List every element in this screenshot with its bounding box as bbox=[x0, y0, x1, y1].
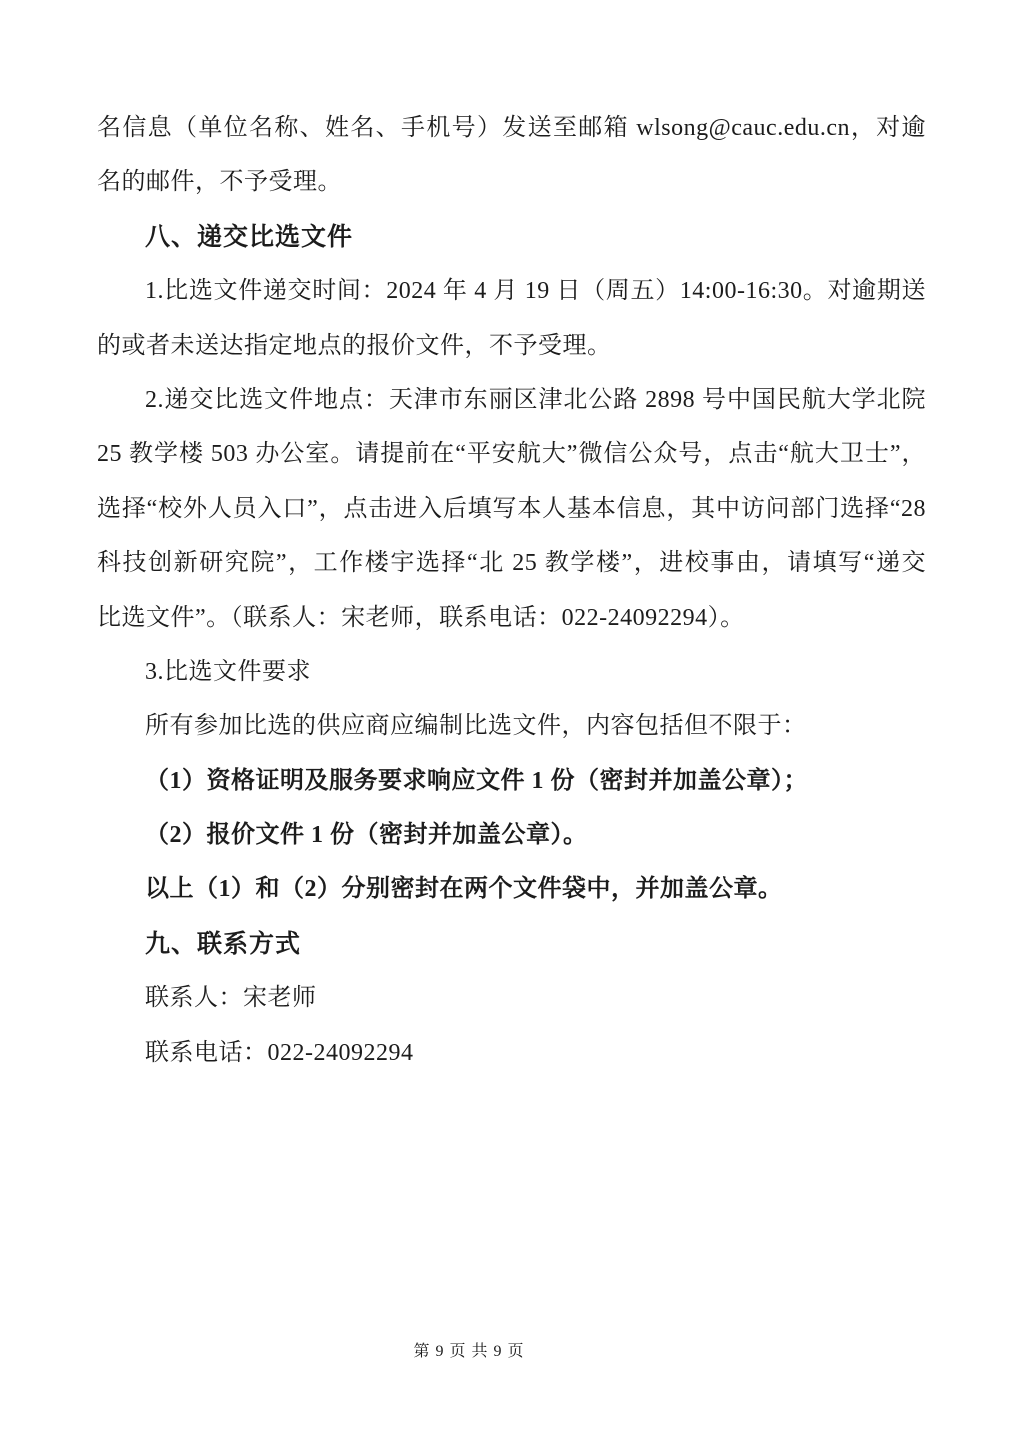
text-line: 2.递交比选文件地点：天津市东丽区津北公路 2898 号中国民航大学北院北 bbox=[97, 373, 926, 427]
text-line: 3.比选文件要求 bbox=[97, 645, 926, 699]
text-line: 的或者未送达指定地点的报价文件，不予受理。 bbox=[97, 319, 926, 373]
text-line: 联系电话：022-24092294 bbox=[97, 1026, 926, 1080]
document-page: 名信息（单位名称、姓名、手机号）发送至邮箱 wlsong@cauc.edu.cn… bbox=[0, 0, 1024, 1448]
text-line: 所有参加比选的供应商应编制比选文件，内容包括但不限于： bbox=[97, 699, 926, 753]
section-heading: 九、联系方式 bbox=[97, 917, 926, 971]
text-line: 联系人：宋老师 bbox=[97, 971, 926, 1025]
text-line: 25 教学楼 503 办公室。请提前在“平安航大”微信公众号，点击“航大卫士”， bbox=[97, 427, 926, 481]
text-line: 科技创新研究院”，工作楼宇选择“北 25 教学楼”，进校事由，请填写“递交 bbox=[97, 536, 926, 590]
text-line: 名信息（单位名称、姓名、手机号）发送至邮箱 wlsong@cauc.edu.cn… bbox=[97, 101, 926, 155]
section-heading: 八、递交比选文件 bbox=[97, 210, 926, 264]
text-line: 1.比选文件递交时间：2024 年 4 月 19 日（周五）14:00-16:3… bbox=[97, 264, 926, 318]
text-line: （2）报价文件 1 份（密封并加盖公章）。 bbox=[97, 808, 926, 862]
page-footer: 第 9 页 共 9 页 bbox=[0, 1338, 938, 1361]
text-line: 选择“校外人员入口”，点击进入后填写本人基本信息，其中访问部门选择“28 bbox=[97, 482, 926, 536]
text-line: 比选文件”。（联系人：宋老师，联系电话：022-24092294）。 bbox=[97, 591, 926, 645]
text-line: （1）资格证明及服务要求响应文件 1 份（密封并加盖公章）； bbox=[97, 754, 926, 808]
text-line: 以上（1）和（2）分别密封在两个文件袋中，并加盖公章。 bbox=[97, 862, 926, 916]
text-line: 名的邮件，不予受理。 bbox=[97, 155, 926, 209]
document-body: 名信息（单位名称、姓名、手机号）发送至邮箱 wlsong@cauc.edu.cn… bbox=[97, 101, 926, 1080]
